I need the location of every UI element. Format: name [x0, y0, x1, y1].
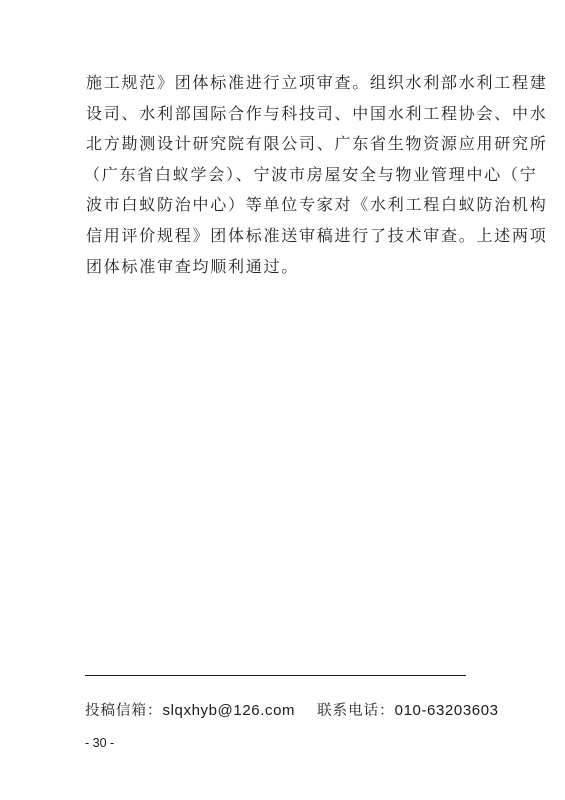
body-line: 北方勘测设计研究院有限公司、广东省生物资源应用研究所: [86, 129, 482, 160]
phone-number: 010-63203603: [395, 702, 499, 719]
body-line: 波市白蚁防治中心）等单位专家对《水利工程白蚁防治机构: [86, 190, 482, 221]
footer-contact: 投稿信箱：slqxhyb@126.com联系电话：010-63203603: [85, 701, 485, 721]
document-page: 施工规范》团体标准进行立项审查。组织水利部水利工程建 设司、水利部国际合作与科技…: [0, 0, 565, 800]
email-link[interactable]: slqxhyb@126.com: [163, 702, 296, 719]
page-number: - 30 -: [85, 735, 114, 751]
body-line: 施工规范》团体标准进行立项审查。组织水利部水利工程建: [86, 68, 482, 99]
phone-label: 联系电话：: [317, 703, 395, 719]
body-line: 信用评价规程》团体标准送审稿进行了技术审查。上述两项: [86, 221, 482, 252]
body-line: 设司、水利部国际合作与科技司、中国水利工程协会、中水: [86, 99, 482, 130]
body-line: 团体标准审查均顺利通过。: [86, 252, 482, 283]
body-text: 施工规范》团体标准进行立项审查。组织水利部水利工程建 设司、水利部国际合作与科技…: [86, 68, 482, 282]
body-line: （广东省白蚁学会）、宁波市房屋安全与物业管理中心（宁: [84, 160, 482, 191]
footer-divider: [85, 675, 466, 676]
email-label: 投稿信箱：: [85, 703, 163, 719]
